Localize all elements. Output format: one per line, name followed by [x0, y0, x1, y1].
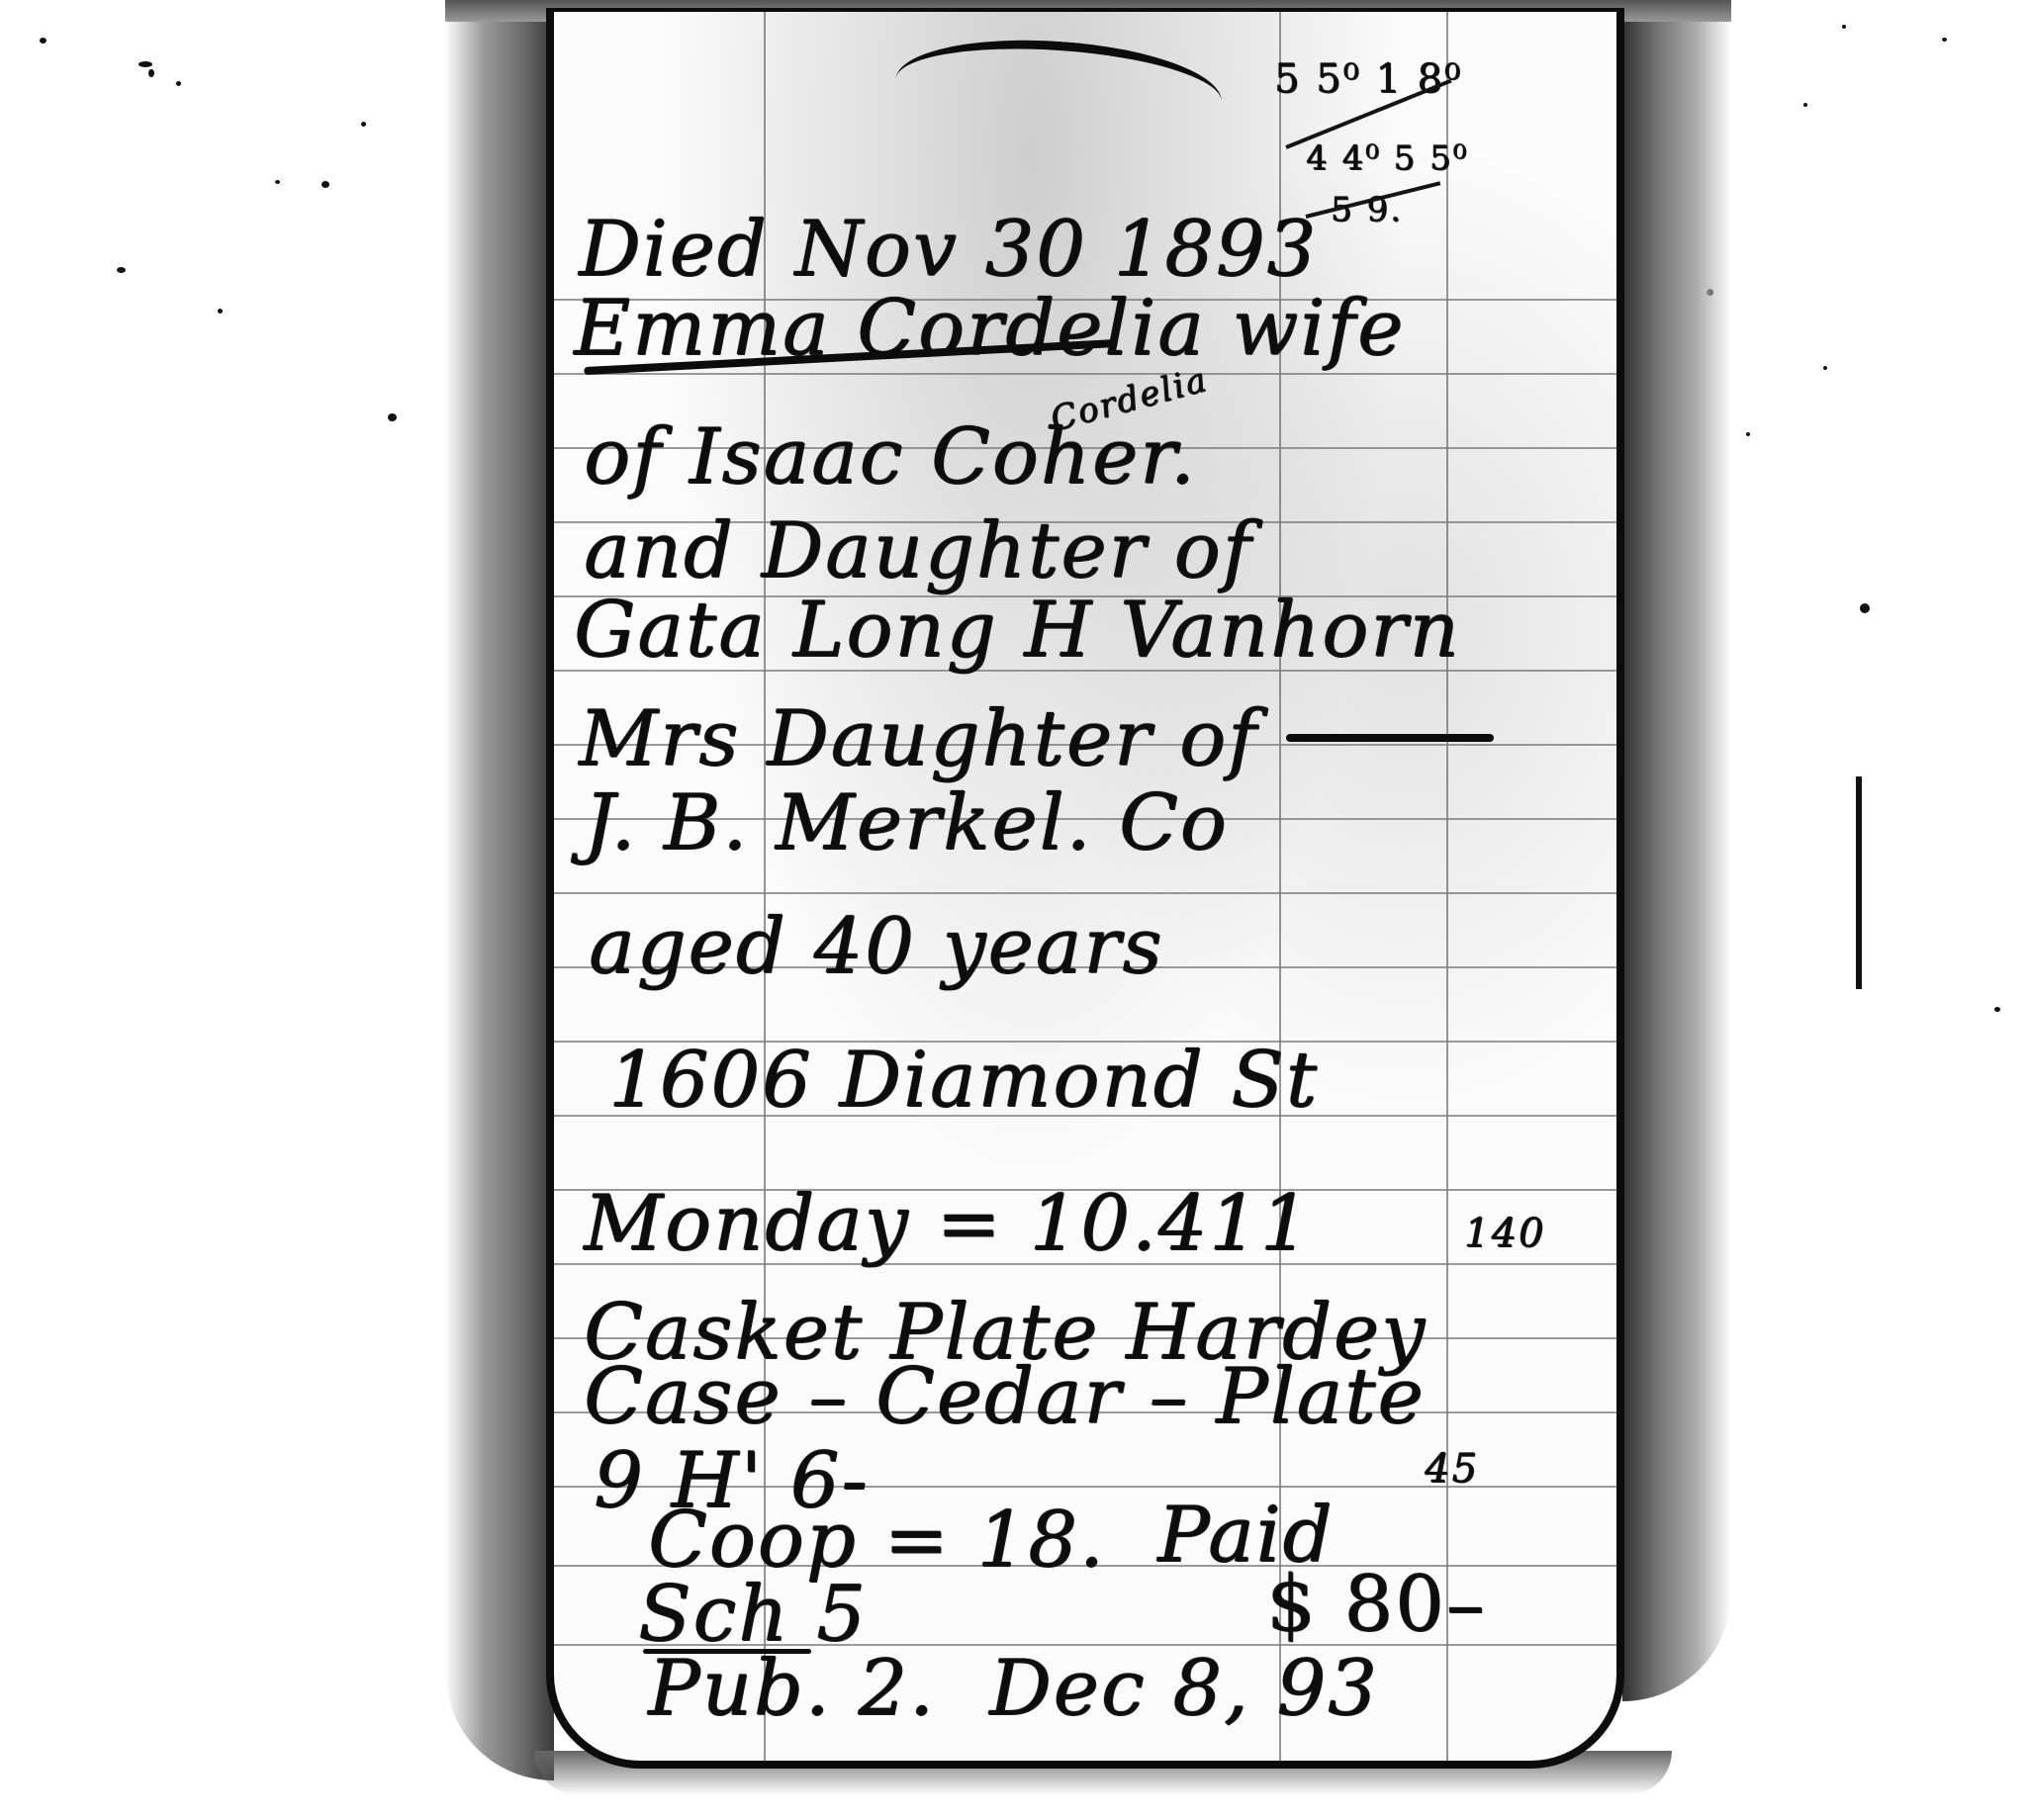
speck: [176, 81, 181, 86]
calc-middle: 4 4⁰ 5 5⁰: [1306, 138, 1468, 178]
margin-mark: [1856, 776, 1862, 989]
ruled-line: [554, 373, 1616, 375]
pen-arc: [892, 31, 1225, 151]
entry-line-address: 1606 Diamond St: [608, 1036, 1319, 1125]
entry-line-daughter: and Daughter of: [584, 506, 1252, 595]
speck: [388, 413, 397, 421]
speck: [117, 267, 126, 273]
account-label: Monday = 10.411: [584, 1179, 1311, 1268]
speck: [138, 61, 152, 67]
speck: [361, 122, 366, 127]
account-amount: 45: [1425, 1446, 1479, 1492]
speck: [322, 181, 329, 188]
speck: [1803, 103, 1807, 107]
calc-bottom: 5 9.: [1331, 190, 1403, 229]
notebook-page: 5 5⁰ 1 8⁰ 4 4⁰ 5 5⁰ 5 9. Died Nov 30 189…: [546, 8, 1624, 1769]
notebook-shadow-left: [445, 0, 554, 1780]
speck: [275, 180, 280, 184]
entry-line-parent: Gata Long H Vanhorn: [574, 586, 1461, 675]
entry-line-merkel: J. B. Merkel. Co: [584, 778, 1229, 867]
account-label: Pub. 2.: [648, 1644, 936, 1733]
account-label: Case – Cedar – Plate: [584, 1352, 1426, 1441]
column-rule: [1446, 12, 1448, 1761]
speck: [1746, 432, 1750, 436]
speck: [40, 38, 46, 44]
ruled-line: [554, 892, 1616, 894]
speck: [218, 309, 223, 314]
speck: [1994, 1007, 2000, 1012]
calc-top: 5 5⁰ 1 8⁰: [1274, 56, 1462, 102]
entry-line-age: aged 40 years: [589, 902, 1163, 991]
speck: [148, 69, 154, 77]
account-amount: Dec 8, 93: [989, 1644, 1379, 1733]
speck: [1823, 366, 1827, 370]
strikethrough: [1286, 734, 1494, 742]
speck: [1842, 25, 1846, 29]
account-amount: 140: [1464, 1211, 1545, 1256]
account-amount: $ 80–: [1266, 1560, 1487, 1649]
entry-line-died: Died Nov 30 1893: [579, 205, 1318, 294]
entry-line-name: Emma Cordelia wife: [574, 284, 1405, 373]
notebook-shadow-right: [1622, 0, 1731, 1701]
entry-line-mrs: Mrs Daughter of: [579, 694, 1258, 783]
speck: [1942, 38, 1947, 42]
speck: [1860, 603, 1870, 613]
entry-line-husband: of Isaac Coher.: [584, 412, 1197, 501]
